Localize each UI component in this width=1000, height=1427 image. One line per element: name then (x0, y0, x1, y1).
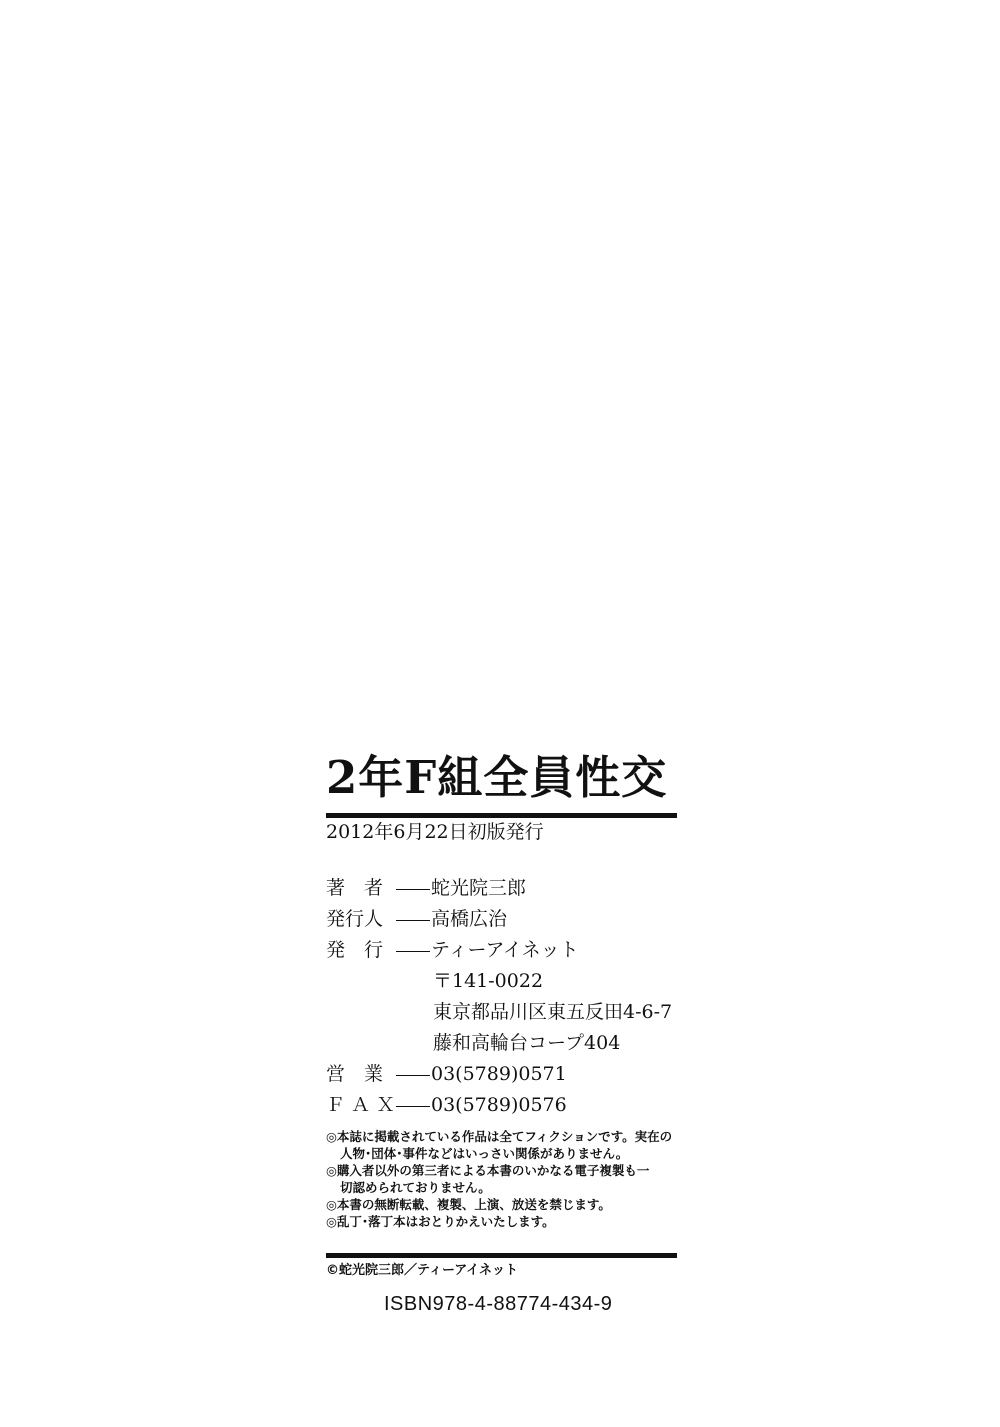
contact-label: Ｆ Ａ Ｘ (326, 1093, 398, 1117)
isbn: ISBN978-4-88774-434-9 (384, 1291, 612, 1317)
notice-line: ◎乱丁･落丁本はおとりかえいたします。 (326, 1213, 672, 1230)
address-line-1: 東京都品川区東五反田4-6-7 (433, 1000, 672, 1024)
notice-line: ◎本書の無断転載、複製、上演、放送を禁じます。 (326, 1196, 672, 1213)
title-rule (326, 813, 677, 818)
credit-publisher-person: 発行人高橋広治 (326, 907, 507, 938)
contact-label: 営 業 (326, 1062, 398, 1086)
credit-value: ティーアイネット (431, 938, 579, 962)
publication-date: 2012年6月22日初版発行 (326, 820, 544, 844)
dash-separator (396, 1075, 430, 1076)
bottom-rule (326, 1253, 677, 1258)
notices-block: ◎本誌に掲載されている作品は全てフィクションです。実在の 人物･団体･事件などは… (326, 1128, 672, 1230)
notice-line: ◎購入者以外の第三者による本書のいかなる電子複製も一 (326, 1162, 672, 1179)
credit-label: 著 者 (326, 876, 398, 900)
dash-separator (396, 951, 430, 952)
contact-value: 03(5789)0571 (431, 1062, 567, 1086)
book-title: 2年F組全員性交 (326, 752, 667, 804)
notice-line: 人物･団体･事件などはいっさい関係がありません。 (326, 1145, 672, 1162)
copyright-line: ©蛇光院三郎／ティーアイネット (326, 1261, 518, 1281)
contact-sales: 営 業03(5789)0571 (326, 1062, 567, 1093)
contact-value: 03(5789)0576 (431, 1093, 567, 1117)
credit-label: 発行人 (326, 907, 398, 931)
credit-value: 高橋広治 (431, 907, 507, 931)
notice-line: 切認められておりません。 (326, 1179, 672, 1196)
credit-author: 著 者蛇光院三郎 (326, 876, 526, 907)
dash-separator (396, 920, 430, 921)
postal-code: 〒141-0022 (433, 969, 543, 993)
credit-label: 発 行 (326, 938, 398, 962)
address-line-2: 藤和高輪台コープ404 (433, 1031, 620, 1055)
dash-separator (396, 1106, 430, 1107)
credit-value: 蛇光院三郎 (431, 876, 526, 900)
dash-separator (396, 889, 430, 890)
notice-line: ◎本誌に掲載されている作品は全てフィクションです。実在の (326, 1128, 672, 1145)
credit-publisher: 発 行ティーアイネット (326, 938, 579, 969)
contact-fax: Ｆ Ａ Ｘ03(5789)0576 (326, 1093, 567, 1124)
